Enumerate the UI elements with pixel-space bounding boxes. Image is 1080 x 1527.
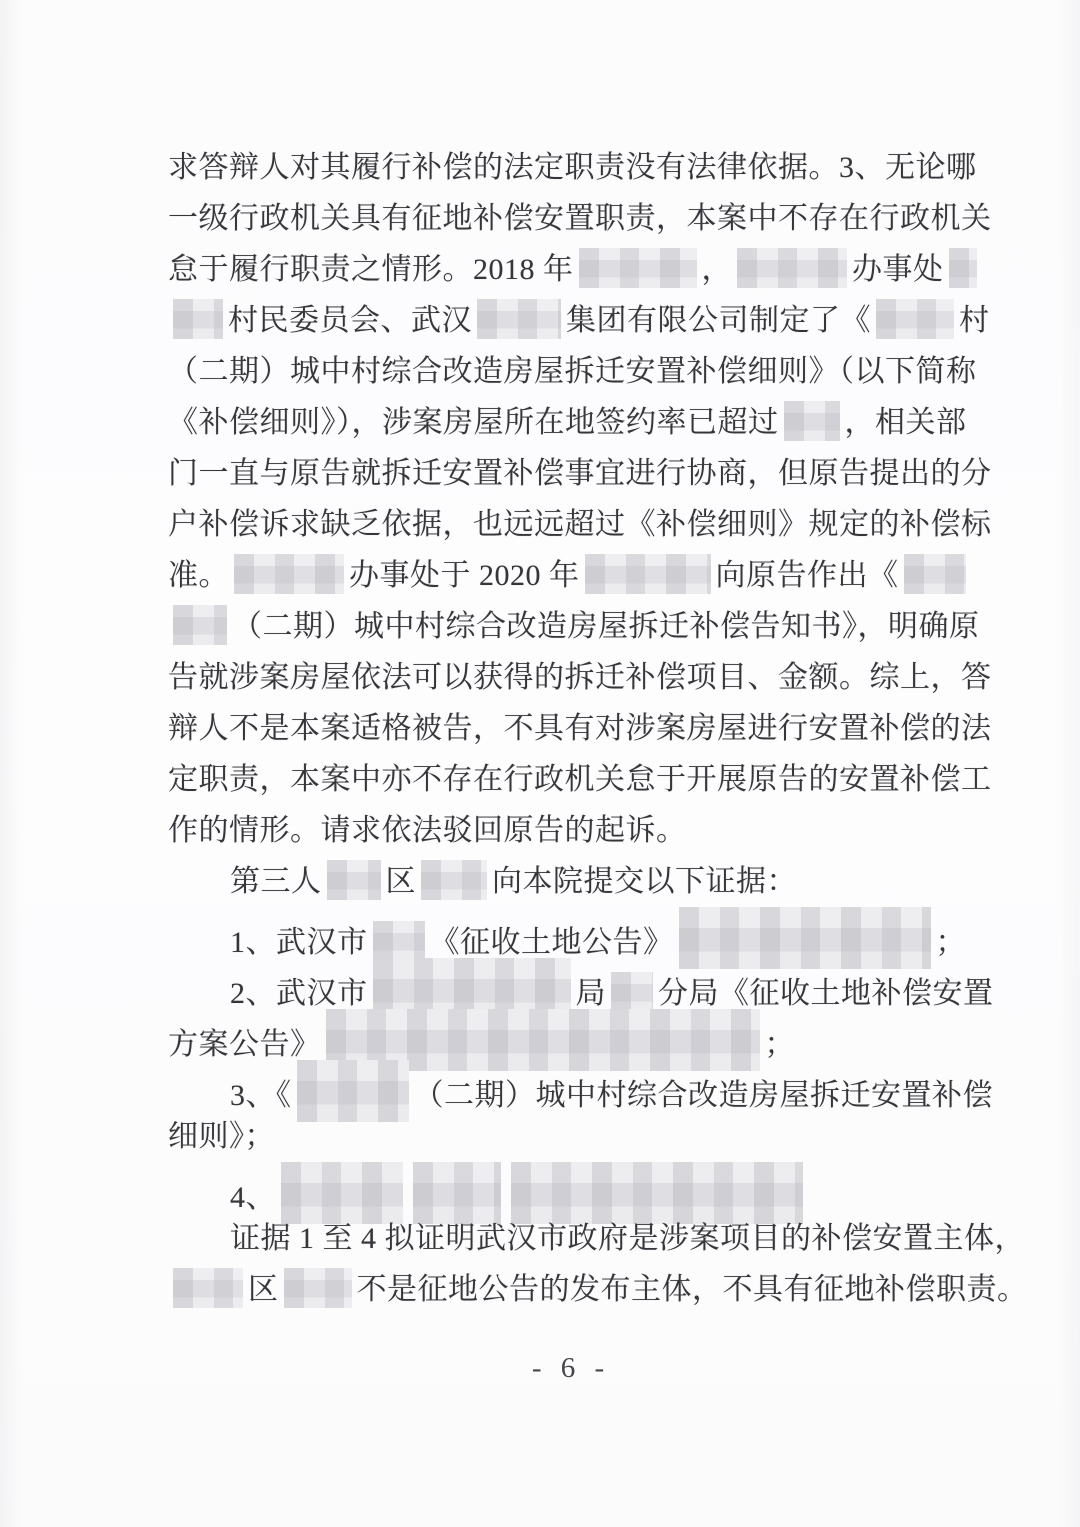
redaction-block [904, 554, 966, 594]
text-line: （二期）城中村综合改造房屋拆迁安置补偿细则》（以下简称 [168, 346, 974, 397]
redaction-block [284, 1268, 352, 1308]
text-segment: 一级行政机关具有征地补偿安置职责，本案中不存在行政机关 [168, 202, 992, 235]
redaction-block [173, 605, 227, 645]
text-segment: 方案公告》 [168, 1028, 321, 1061]
text-segment: （二期）城中村综合改造房屋拆迁安置补偿细则》（以下简称 [168, 355, 977, 388]
text-line: 1、武汉市《征收土地公告》； [168, 907, 974, 958]
text-block: 求答辩人对其履行补偿的法定职责没有法律依据。3、无论哪一级行政机关具有征地补偿安… [168, 142, 974, 1315]
redaction-block [611, 972, 653, 1012]
text-line: 告就涉案房屋依法可以获得的拆迁补偿项目、金额。综上，答 [168, 652, 974, 703]
redaction-block [327, 860, 381, 900]
text-segment: ，相关部 [845, 406, 967, 439]
text-segment: 第三人 [230, 865, 322, 898]
text-segment: 不是征地公告的发布主体，不具有征地补偿职责。 [357, 1273, 1028, 1306]
text-segment: 办事处 [852, 253, 944, 286]
text-segment: 村 [959, 304, 990, 337]
text-line: （二期）城中村综合改造房屋拆迁补偿告知书》，明确原 [168, 601, 974, 652]
text-segment: 向原告作出《 [716, 559, 899, 592]
text-line: 《补偿细则》），涉案房屋所在地签约率已超过，相关部 [168, 397, 974, 448]
text-segment: （二期）城中村综合改造房屋拆迁安置补偿 [414, 1079, 994, 1112]
redaction-block [373, 921, 425, 961]
text-line: 怠于履行职责之情形。2018 年，办事处 [168, 244, 974, 295]
text-segment: 告就涉案房屋依法可以获得的拆迁补偿项目、金额。综上，答 [168, 661, 992, 694]
text-line: 区不是征地公告的发布主体，不具有征地补偿职责。 [168, 1264, 974, 1315]
redaction-block [579, 248, 697, 288]
text-line: 4、 [168, 1162, 974, 1213]
redaction-block [949, 248, 977, 288]
text-line: 门一直与原告就拆迁安置补偿事宜进行协商，但原告提出的分 [168, 448, 974, 499]
text-segment: 怠于履行职责之情形。2018 年 [168, 253, 574, 286]
text-segment: 准。 [168, 559, 229, 592]
redaction-block [737, 248, 847, 288]
redaction-block [585, 554, 711, 594]
redaction-block [477, 299, 561, 339]
text-segment: 区 [248, 1273, 279, 1306]
text-segment: 办事处于 2020 年 [349, 559, 580, 592]
text-segment: 局 [576, 977, 607, 1010]
text-segment: 4、 [230, 1181, 276, 1214]
text-line: 3、《（二期）城中村综合改造房屋拆迁安置补偿 [168, 1060, 974, 1111]
redaction-block [173, 1268, 243, 1308]
text-line: 第三人区向本院提交以下证据： [168, 856, 974, 907]
text-segment: 2、武汉市 [230, 977, 368, 1010]
text-segment: 证据 1 至 4 拟证明武汉市政府是涉案项目的补偿安置主体， [230, 1222, 1025, 1255]
text-segment: 求答辩人对其履行补偿的法定职责没有法律依据。3、无论哪 [168, 151, 977, 184]
document-page: 求答辩人对其履行补偿的法定职责没有法律依据。3、无论哪一级行政机关具有征地补偿安… [0, 0, 1080, 1527]
text-segment: 细则》； [168, 1120, 275, 1153]
text-segment: 《征收土地公告》 [430, 926, 674, 959]
text-segment: 辩人不是本案适格被告，不具有对涉案房屋进行安置补偿的法 [168, 712, 992, 745]
text-segment: 村民委员会、武汉 [228, 304, 472, 337]
redaction-block [173, 299, 223, 339]
redaction-block [297, 1060, 409, 1122]
text-segment: （二期）城中村综合改造房屋拆迁补偿告知书》，明确原 [232, 610, 980, 643]
text-line: 村民委员会、武汉集团有限公司制定了《村 [168, 295, 974, 346]
redaction-block [234, 554, 344, 594]
text-segment: 1、武汉市 [230, 926, 368, 959]
text-segment: 区 [386, 865, 417, 898]
text-line: 2、武汉市局分局《征收土地补偿安置 [168, 958, 974, 1009]
text-segment: 集团有限公司制定了《 [566, 304, 871, 337]
text-line: 细则》； [168, 1111, 974, 1162]
text-line: 定职责，本案中亦不存在行政机关怠于开展原告的安置补偿工 [168, 754, 974, 805]
text-line: 作的情形。请求依法驳回原告的起诉。 [168, 805, 974, 856]
page-number: - 6 - [168, 1352, 974, 1385]
redaction-block [784, 401, 840, 441]
text-line: 户补偿诉求缺乏依据，也远远超过《补偿细则》规定的补偿标 [168, 499, 974, 550]
text-segment: ， [702, 253, 733, 286]
text-segment: 门一直与原告就拆迁安置补偿事宜进行协商，但原告提出的分 [168, 457, 992, 490]
text-segment: ； [765, 1028, 796, 1061]
text-segment: 分局《征收土地补偿安置 [658, 977, 994, 1010]
redaction-block [421, 860, 487, 900]
text-segment: 向本院提交以下证据： [492, 865, 797, 898]
text-segment: 户补偿诉求缺乏依据，也远远超过《补偿细则》规定的补偿标 [168, 508, 992, 541]
text-line: 准。办事处于 2020 年向原告作出《 [168, 550, 974, 601]
redaction-block [876, 299, 954, 339]
text-line: 方案公告》； [168, 1009, 974, 1060]
text-line: 辩人不是本案适格被告，不具有对涉案房屋进行安置补偿的法 [168, 703, 974, 754]
text-line: 证据 1 至 4 拟证明武汉市政府是涉案项目的补偿安置主体， [168, 1213, 974, 1264]
text-segment: 定职责，本案中亦不存在行政机关怠于开展原告的安置补偿工 [168, 763, 992, 796]
text-segment: ； [936, 926, 967, 959]
text-segment: 《补偿细则》），涉案房屋所在地签约率已超过 [168, 406, 779, 439]
text-line: 求答辩人对其履行补偿的法定职责没有法律依据。3、无论哪 [168, 142, 974, 193]
text-line: 一级行政机关具有征地补偿安置职责，本案中不存在行政机关 [168, 193, 974, 244]
text-segment: 作的情形。请求依法驳回原告的起诉。 [168, 814, 687, 847]
text-segment: 3、《 [230, 1079, 292, 1112]
